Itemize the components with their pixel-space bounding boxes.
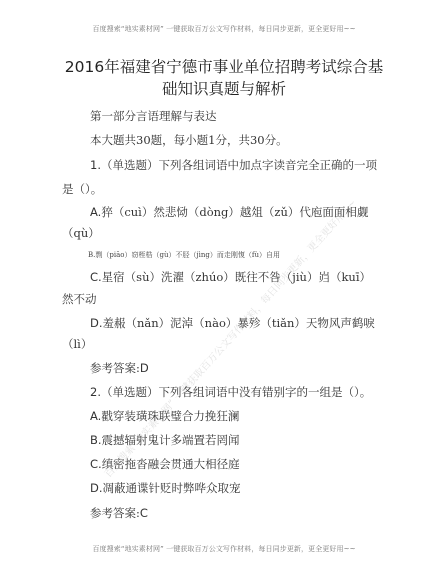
section-intro: 本大题共30题，每小题1分，共30分。 <box>90 133 288 147</box>
question-2-stem: 2.（单选题）下列各组词语中没有错别字的一组是（）。 <box>90 385 371 399</box>
answer-label: 参考答案: <box>90 361 140 375</box>
question-2-option-b: B.震撼辐射鬼计多端置若罔闻 <box>90 433 240 447</box>
question-1-stem-cont: 是（）。 <box>62 182 102 196</box>
question-number: 1. <box>90 158 101 172</box>
option-text: 羞赧（nǎn）泥淖（nào）暴殄（tiǎn）天物风声鹤唳 <box>103 316 375 330</box>
option-text: 猝（cuì）然悲恸（dòng）越俎（zǔ）代庖面面相觑 <box>101 205 368 219</box>
question-1-option-a-cont: （qù） <box>62 226 100 240</box>
question-1-stem: 1.（单选题）下列各组词语中加点字读音完全正确的一项 <box>90 158 377 172</box>
option-text: 凋蔽通谍针贬时弊哗众取宠 <box>103 481 241 495</box>
document-title: 2016年福建省宁德市事业单位招聘考试综合基 础知识真题与解析 <box>40 56 408 100</box>
answer-value: D <box>140 361 149 375</box>
question-2-option-d: D.凋蔽通谍针贬时弊哗众取宠 <box>90 481 241 495</box>
option-label: A. <box>90 205 101 219</box>
question-1-option-d-cont: （lì） <box>62 337 92 351</box>
answer-value: C <box>140 506 148 520</box>
option-text: 星宿（sù）洗濯（zhúo）既往不咎（jiù）岿（kuī） <box>102 270 371 284</box>
question-2-option-a: A.戳穿装璜珠联璧合力挽狂澜 <box>90 409 239 423</box>
page-footer-banner: 百度搜索“地实素材网” 一键获取百万公文写作材料，每日同步更新，更全更好用~~ <box>0 544 448 554</box>
option-label: C. <box>90 270 102 284</box>
question-2-option-c: C.缜密拖沓融会贯通大相径庭 <box>90 457 240 471</box>
section-heading: 第一部分言语理解与表达 <box>90 109 217 123</box>
option-text: 戳穿装璜珠联璧合力挽狂澜 <box>101 409 239 423</box>
question-text: （单选题）下列各组词语中没有错别字的一组是（）。 <box>101 385 371 399</box>
option-text: 缜密拖沓融会贯通大相径庭 <box>102 457 240 471</box>
question-number: 2. <box>90 385 101 399</box>
question-1-option-c-cont: 然不动 <box>62 292 97 306</box>
question-1-option-a: A.猝（cuì）然悲恸（dòng）越俎（zǔ）代庖面面相觑 <box>90 205 368 219</box>
question-1-answer: 参考答案:D <box>90 361 149 375</box>
question-1-option-c: C.星宿（sù）洗濯（zhúo）既往不咎（jiù）岿（kuī） <box>90 270 371 284</box>
option-label: D. <box>90 481 103 495</box>
option-label: B. <box>90 433 102 447</box>
question-1-option-d: D.羞赧（nǎn）泥淖（nào）暴殄（tiǎn）天物风声鹤唳 <box>90 316 375 330</box>
title-line-1: 2016年福建省宁德市事业单位招聘考试综合基 <box>40 56 408 78</box>
page-header-banner: 百度搜索“地实素材网” 一键获取百万公文写作材料，每日同步更新，更全更好用~~ <box>0 24 448 34</box>
option-label: D. <box>90 316 103 330</box>
title-line-2: 础知识真题与解析 <box>40 78 408 100</box>
option-text: 剽（piāo）窃桎梏（gù）不胫（jìng）而走刚愎（fù）自用 <box>95 251 280 259</box>
question-text: （单选题）下列各组词语中加点字读音完全正确的一项 <box>101 158 377 172</box>
option-text: 震撼辐射鬼计多端置若罔闻 <box>102 433 240 447</box>
question-2-answer: 参考答案:C <box>90 506 148 520</box>
option-label: A. <box>90 409 101 423</box>
answer-label: 参考答案: <box>90 506 140 520</box>
question-1-option-b: B.剽（piāo）窃桎梏（gù）不胫（jìng）而走刚愎（fù）自用 <box>88 248 280 262</box>
option-label: C. <box>90 457 102 471</box>
